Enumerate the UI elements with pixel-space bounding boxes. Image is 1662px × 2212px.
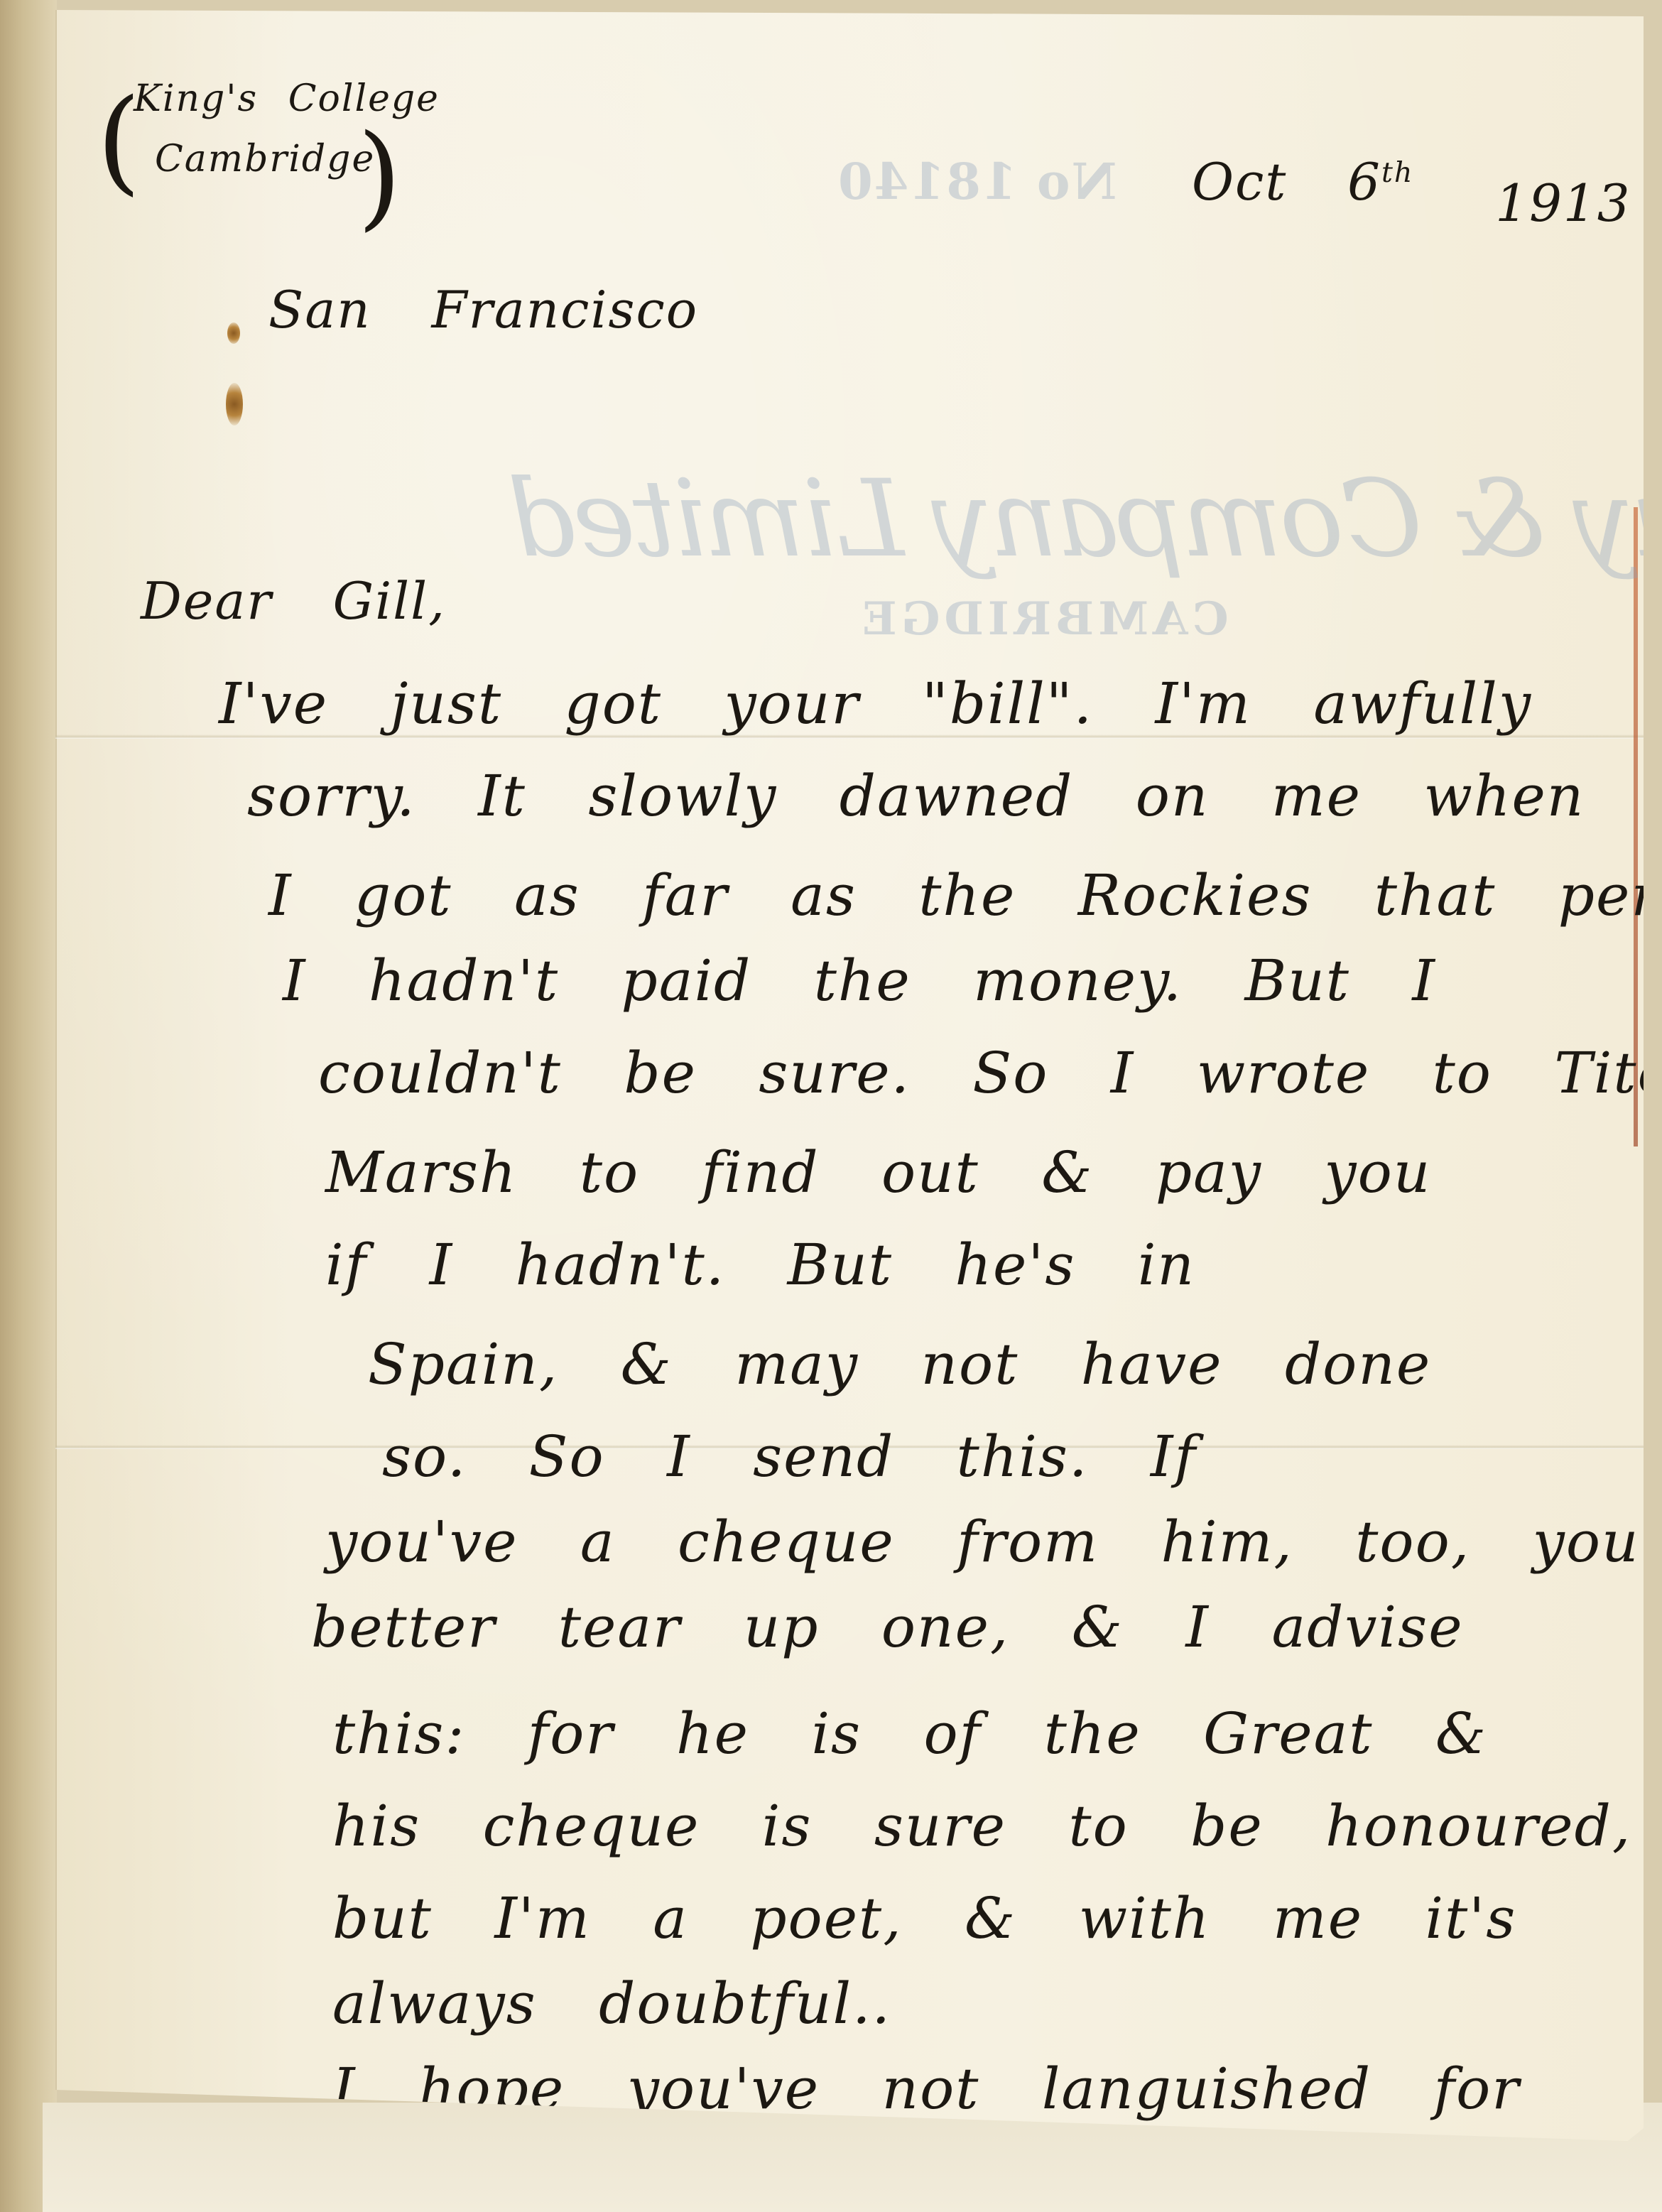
binding-edge <box>0 0 57 2212</box>
letter-sheet: No 18140 Barclay & Company Limited CAMBR… <box>55 10 1644 2141</box>
letter-date: Oct 6th 1913 <box>1192 152 1631 212</box>
letter-line-8: Spain, & may not have done <box>368 1331 1431 1397</box>
letter-line-9: so. So I send this. If <box>382 1424 1197 1490</box>
letterhead-company-showthrough: Barclay & Company Limited <box>510 457 1662 581</box>
letter-line-15: always doubtful.. <box>332 1970 891 2037</box>
return-address-line2: Cambridge <box>155 138 375 180</box>
close-parenthesis: ) <box>357 109 401 242</box>
letter-line-1: I've just got your "bill". I'm awfully <box>219 671 1532 737</box>
letterhead-number-showthrough: No 18140 <box>837 152 1117 211</box>
letter-line-6: Marsh to find out & pay you <box>325 1139 1431 1205</box>
date-suffix: th <box>1381 156 1413 189</box>
letter-line-2: sorry. It slowly dawned on me when <box>247 763 1585 829</box>
letter-line-4: I hadn't paid the money. But I <box>283 948 1436 1014</box>
letter-line-10: you've a cheque from him, too, you'd <box>325 1509 1662 1575</box>
letter-line-7: if I hadn't. But he's in <box>325 1232 1195 1298</box>
date-year: 1913 <box>1495 173 1631 233</box>
letter-line-3: I got as far as the Rockies that perhaps <box>268 862 1662 928</box>
letter-line-14: but I'm a poet, & with me it's <box>332 1885 1516 1951</box>
letter-line-5: couldn't be sure. So I wrote to Tito <box>318 1040 1662 1106</box>
date-month-day: Oct 6 <box>1192 152 1381 212</box>
letter-line-12: this: for he is of the Great & <box>332 1701 1487 1767</box>
letterhead-city-showthrough: CAMBRIDGE <box>858 592 1229 646</box>
letter-line-11: better tear up one, & I advise <box>311 1594 1464 1660</box>
salutation: Dear Gill, <box>141 571 446 631</box>
letter-line-13: his cheque is sure to be honoured, <box>332 1793 1631 1859</box>
pin-rust-mark <box>227 322 240 344</box>
letter-place: San Francisco <box>268 280 698 340</box>
pin-rust-mark <box>226 383 243 425</box>
